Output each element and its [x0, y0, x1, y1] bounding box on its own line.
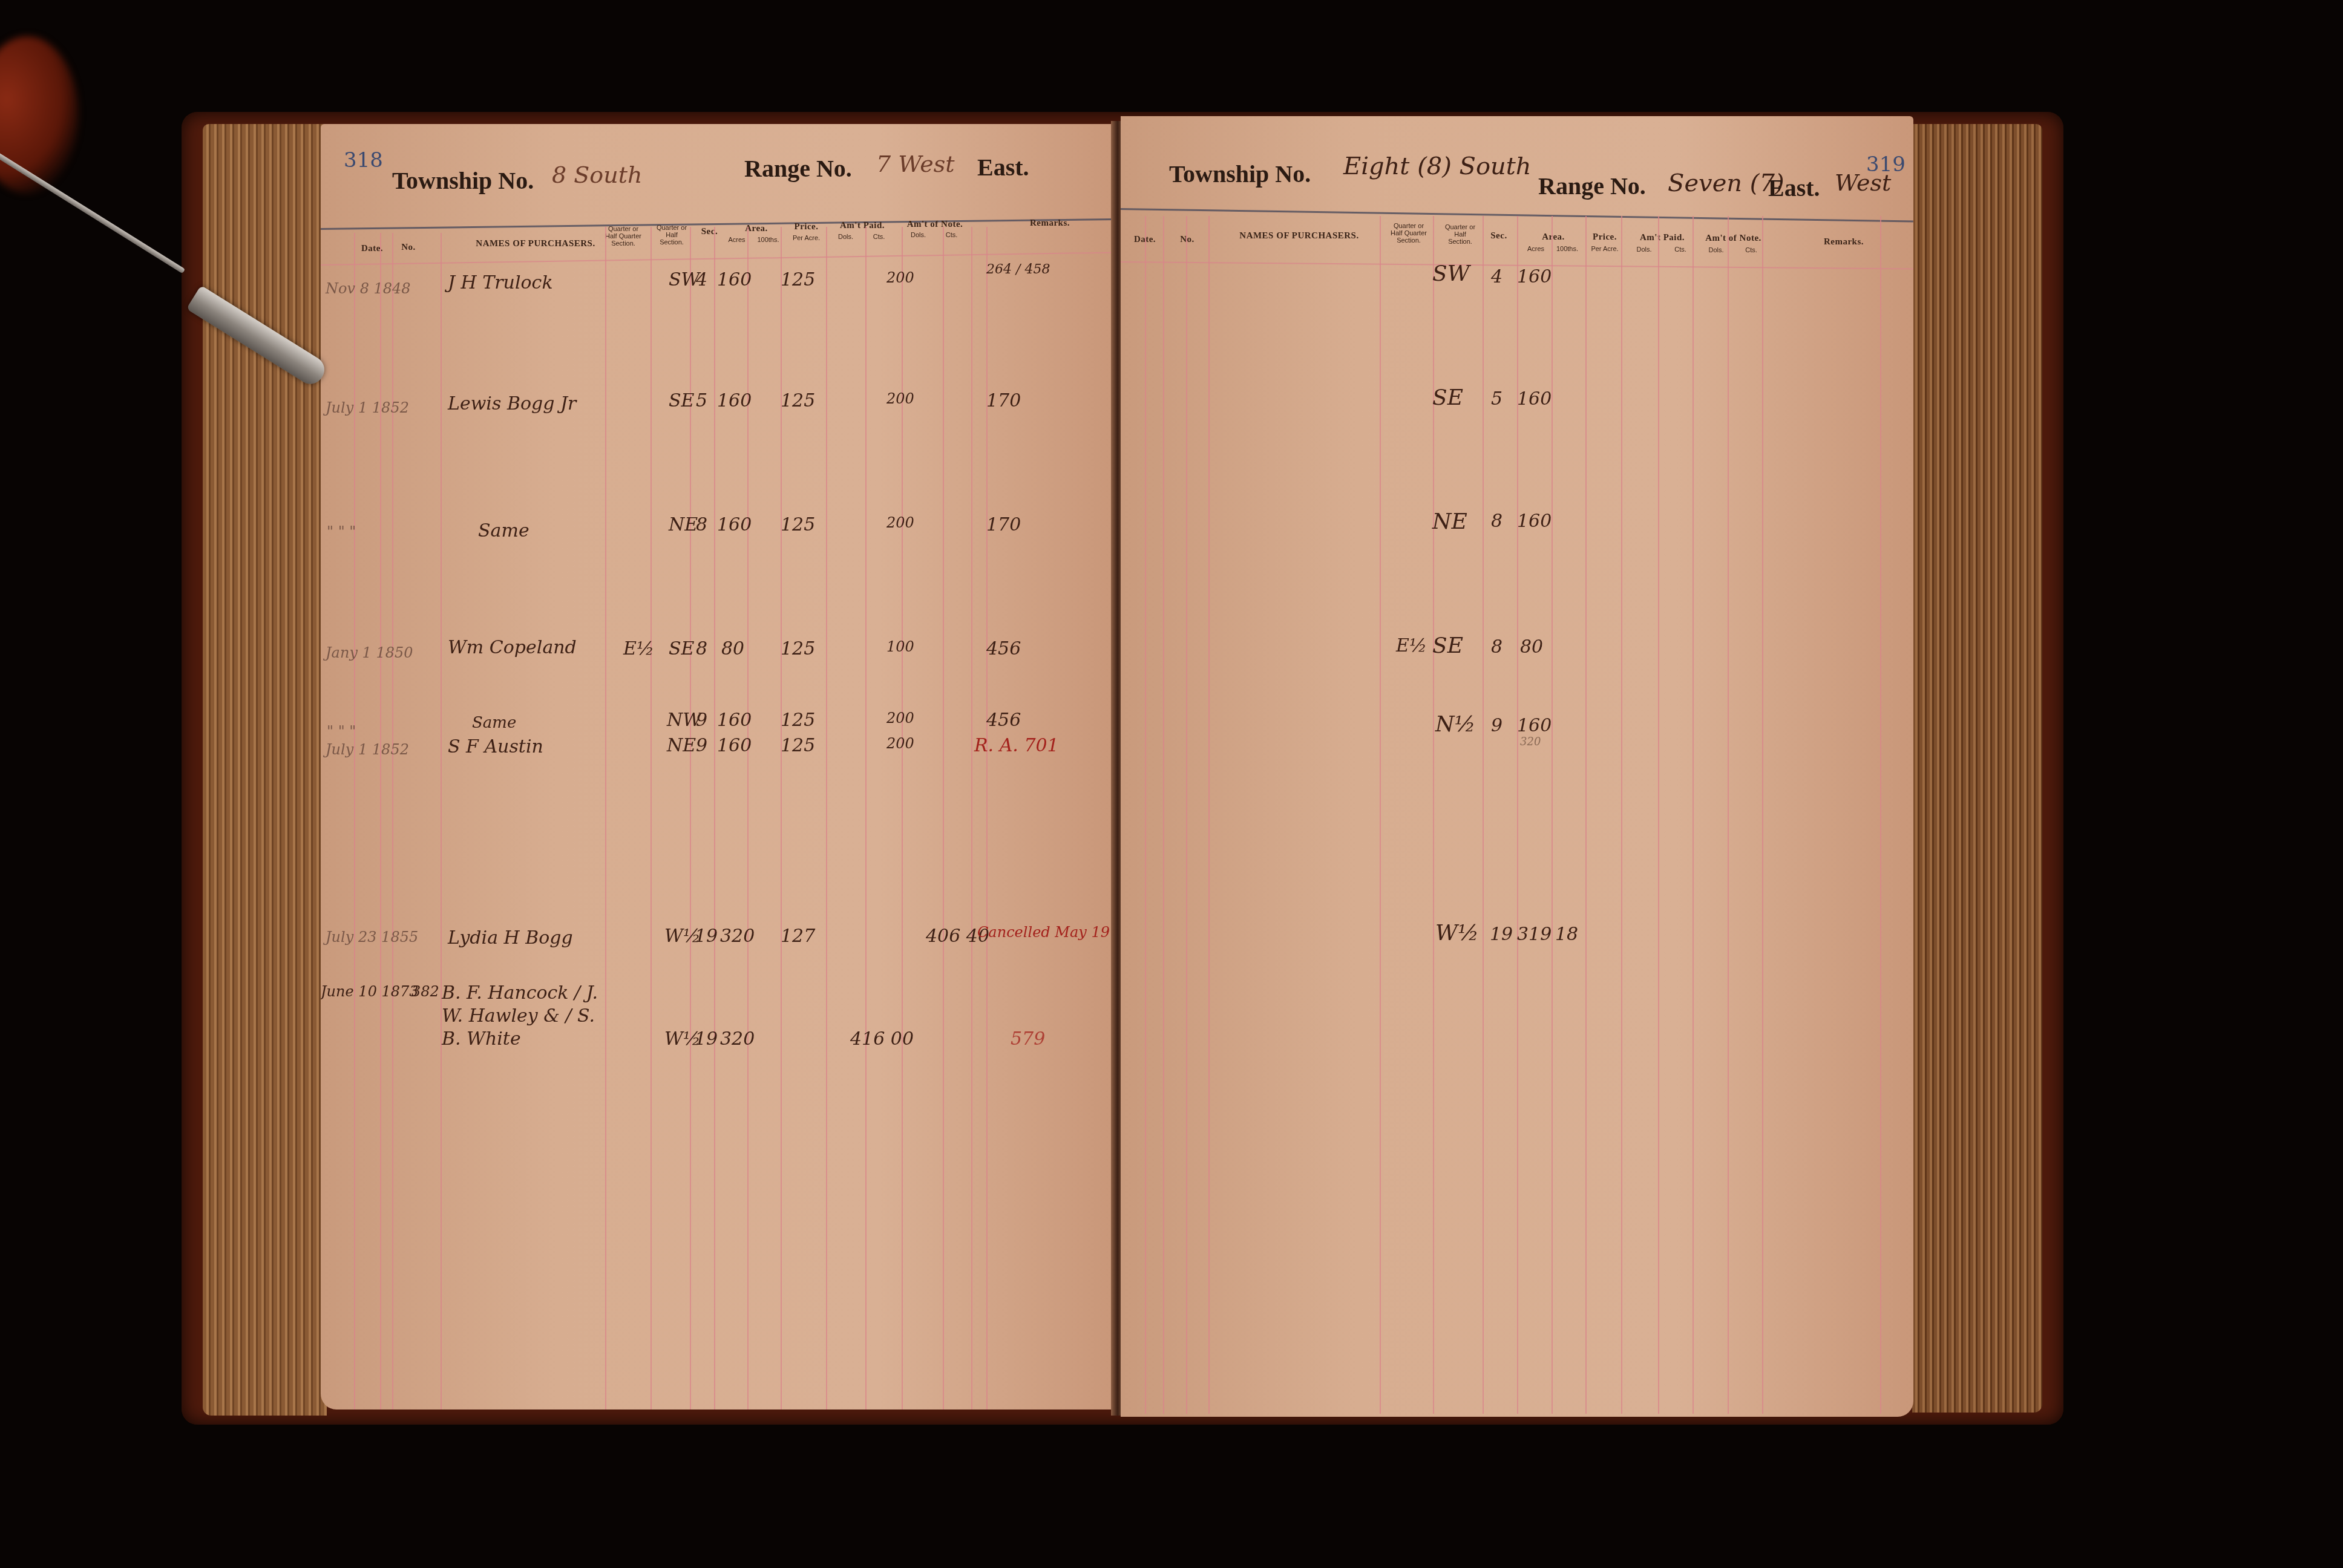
right-page: 319 Township No. Eight (8) South Range N…: [1121, 116, 1913, 1417]
column-rule: [1585, 216, 1587, 1414]
entry-hundredths: 18: [1555, 924, 1578, 945]
entry-date: " " ": [327, 523, 356, 540]
range-label: Range No.: [1538, 172, 1646, 200]
range-value: Seven (7): [1668, 169, 1784, 197]
entry-qhq: E½: [623, 638, 654, 659]
entry-remarks: 456: [986, 710, 1021, 731]
entry-sec: 19: [1490, 924, 1513, 945]
range-label: Range No.: [744, 154, 852, 183]
col-header-acres: Acres: [1520, 246, 1552, 253]
entry-acres: 160: [717, 269, 752, 290]
entry-sec: 4: [1491, 266, 1502, 287]
entry-remarks: 170: [986, 390, 1021, 411]
column-rule: [650, 227, 652, 1410]
entry-qhq: E½: [1396, 635, 1427, 656]
col-header-quarter-half: Quarter orHalfSection.: [650, 224, 693, 246]
column-rule: [1728, 216, 1729, 1414]
col-header-paid-dols: Dols.: [1626, 246, 1662, 253]
entry-date: Nov 8 1848: [326, 280, 411, 297]
entry-acres: 80: [1520, 636, 1543, 658]
entry-acres: 160: [1517, 715, 1552, 736]
entry-sec: 8: [696, 514, 707, 535]
column-rule: [971, 227, 972, 1410]
col-header-area: Area.: [1523, 232, 1584, 243]
col-header-100ths: 100ths.: [1552, 246, 1583, 253]
col-header-note-cts: Cts.: [935, 232, 968, 239]
entry-acres: 320: [720, 1028, 755, 1050]
entry-date: June 10 1873: [321, 983, 419, 1000]
col-header-no: No.: [393, 243, 424, 253]
entry-paid: 416 00: [850, 1028, 914, 1050]
range-direction: West: [1835, 169, 1891, 196]
col-header-100ths: 100ths.: [752, 237, 785, 244]
col-header-remarks: Remarks.: [1011, 218, 1089, 229]
col-header-sec: Sec.: [696, 227, 723, 237]
column-rule: [1658, 216, 1659, 1414]
entry-price: 125: [781, 735, 815, 756]
column-rule: [1380, 216, 1381, 1414]
entry-paid: 200: [886, 269, 914, 286]
entry-acres: 160: [1517, 388, 1552, 410]
column-rule: [1693, 216, 1694, 1414]
entry-remarks: 264 / 458: [986, 262, 1050, 277]
column-rule: [826, 227, 827, 1410]
left-page: 318 Township No. 8 South Range No. 7 Wes…: [321, 124, 1115, 1410]
entry-name: B. F. Hancock / J. W. Hawley & / S. B. W…: [442, 982, 599, 1051]
col-header-amount-of-note: Am't of Note.: [1699, 234, 1768, 244]
col-header-names: NAMES OF PURCHASERS.: [454, 239, 617, 249]
column-rule: [1621, 216, 1622, 1414]
entry-acres: 320: [720, 926, 755, 947]
township-value: Eight (8) South: [1343, 152, 1532, 180]
entry-paid: 100: [886, 638, 914, 655]
range-value: 7 West: [876, 151, 954, 177]
entry-sec: 9: [696, 710, 707, 731]
entry-date: July 23 1855: [326, 929, 418, 946]
entry-acres: 319: [1517, 924, 1552, 945]
col-header-price: Price.: [784, 222, 829, 232]
entry-name: Lydia H Bogg: [448, 927, 573, 949]
entry-sec: 4: [696, 269, 707, 290]
entry-sec: 8: [1491, 636, 1502, 658]
entry-name: Same: [472, 714, 516, 732]
entry-name: S F Austin: [448, 736, 543, 757]
entry-sec: 9: [696, 735, 707, 756]
col-header-amount-paid: Am't Paid.: [829, 221, 896, 231]
range-suffix: East.: [1768, 174, 1820, 202]
entry-paid: 200: [886, 710, 914, 727]
col-header-quarter-half-quarter: Quarter orHalf QuarterSection.: [596, 226, 650, 247]
entry-remarks: Cancelled May 19. 1873: [977, 924, 1115, 941]
entry-price: 125: [781, 269, 815, 290]
column-rule: [1483, 216, 1484, 1414]
col-header-no: No.: [1172, 235, 1202, 245]
column-rule: [441, 233, 442, 1410]
entry-qh: N½: [1435, 712, 1475, 737]
col-header-note-cts: Cts.: [1734, 247, 1769, 254]
entry-sec: 5: [696, 390, 707, 411]
entry-date: July 1 1852: [326, 399, 409, 416]
entry-price: 125: [781, 638, 815, 659]
entry-sec: 8: [696, 638, 707, 659]
column-rule: [714, 227, 715, 1410]
entry-acres: 160: [717, 710, 752, 731]
col-header-per-acre: Per Acre.: [1584, 246, 1626, 253]
entry-sec: 9: [1491, 715, 1502, 736]
column-rule: [943, 227, 944, 1410]
entry-qh: NE: [669, 514, 698, 535]
column-rule: [1208, 216, 1210, 1414]
entry-qh: NE: [1432, 509, 1467, 534]
entry-remarks: 456: [986, 638, 1021, 659]
township-label: Township No.: [392, 166, 534, 195]
column-rule: [865, 227, 867, 1410]
entry-pencil-note: 320: [1520, 736, 1541, 748]
entry-acres: 160: [1517, 266, 1552, 287]
col-header-price: Price.: [1584, 232, 1626, 243]
entry-acres: 160: [717, 735, 752, 756]
col-header-date: Date.: [354, 244, 390, 254]
entry-acres: 160: [717, 390, 752, 411]
entry-sec: 5: [1491, 388, 1502, 410]
entry-qh: NE: [667, 735, 696, 756]
col-header-sec: Sec.: [1484, 231, 1514, 241]
entry-qh: W½: [1435, 921, 1479, 946]
entry-price: 125: [781, 514, 815, 535]
entry-qh: SE: [669, 638, 694, 659]
entry-date: July 1 1852: [326, 741, 409, 758]
entry-qh: SW: [669, 269, 700, 290]
column-rule: [1762, 216, 1763, 1414]
entry-no: 382: [411, 983, 439, 1000]
right-page-block-edges: [1912, 124, 2042, 1413]
entry-remarks: 579: [1011, 1028, 1045, 1050]
col-header-amount-paid: Am't Paid.: [1626, 233, 1699, 243]
column-rule: [1186, 216, 1187, 1414]
column-rule: [1163, 216, 1164, 1414]
page-number: 318: [344, 148, 383, 172]
col-header-paid-cts: Cts.: [862, 234, 896, 241]
entry-paid: 200: [886, 735, 914, 752]
range-suffix: East.: [977, 153, 1029, 181]
entry-price: 125: [781, 710, 815, 731]
col-header-names: NAMES OF PURCHASERS.: [1221, 231, 1378, 241]
col-header-per-acre: Per Acre.: [784, 235, 829, 242]
col-header-paid-dols: Dols.: [829, 234, 862, 241]
entry-sec: 19: [695, 926, 718, 947]
column-rule: [1880, 216, 1881, 1414]
entry-sec: 19: [695, 1028, 718, 1050]
entry-acres: 80: [721, 638, 744, 659]
township-value: 8 South: [552, 162, 642, 188]
entry-remarks: 170: [986, 514, 1021, 535]
column-rule: [605, 227, 606, 1410]
column-rule: [1552, 216, 1553, 1414]
col-header-remarks: Remarks.: [1810, 237, 1877, 247]
entry-name: Wm Copeland: [448, 637, 577, 658]
col-header-quarter-half: Quarter orHalfSection.: [1438, 224, 1482, 246]
entry-price: 125: [781, 390, 815, 411]
col-header-amount-of-note: Am't of Note.: [899, 220, 971, 230]
entry-qh: SE: [1432, 633, 1463, 658]
township-label: Township No.: [1169, 160, 1311, 188]
col-header-quarter-half-quarter: Quarter orHalf QuarterSection.: [1381, 223, 1437, 244]
entry-paid: 200: [886, 390, 914, 407]
column-rule: [1145, 216, 1146, 1414]
entry-paid: 200: [886, 514, 914, 531]
entry-qh: SE: [1432, 385, 1463, 410]
entry-acres: 160: [717, 514, 752, 535]
entry-qh: SW: [1432, 261, 1470, 286]
entry-qh: SE: [669, 390, 694, 411]
entry-name: Lewis Bogg Jr: [448, 393, 576, 414]
entry-date: Jany 1 1850: [326, 644, 413, 661]
entry-remarks: R. A. 701: [974, 735, 1059, 756]
entry-name: J H Trulock: [448, 272, 553, 293]
entry-acres: 160: [1517, 511, 1552, 532]
entry-date: " " ": [327, 723, 356, 740]
entry-price: 127: [781, 926, 815, 947]
entry-sec: 8: [1491, 511, 1502, 532]
col-header-area: Area.: [726, 224, 787, 234]
col-header-note-dols: Dols.: [902, 232, 935, 239]
hand: [0, 36, 79, 194]
entry-name: Same: [478, 520, 529, 541]
